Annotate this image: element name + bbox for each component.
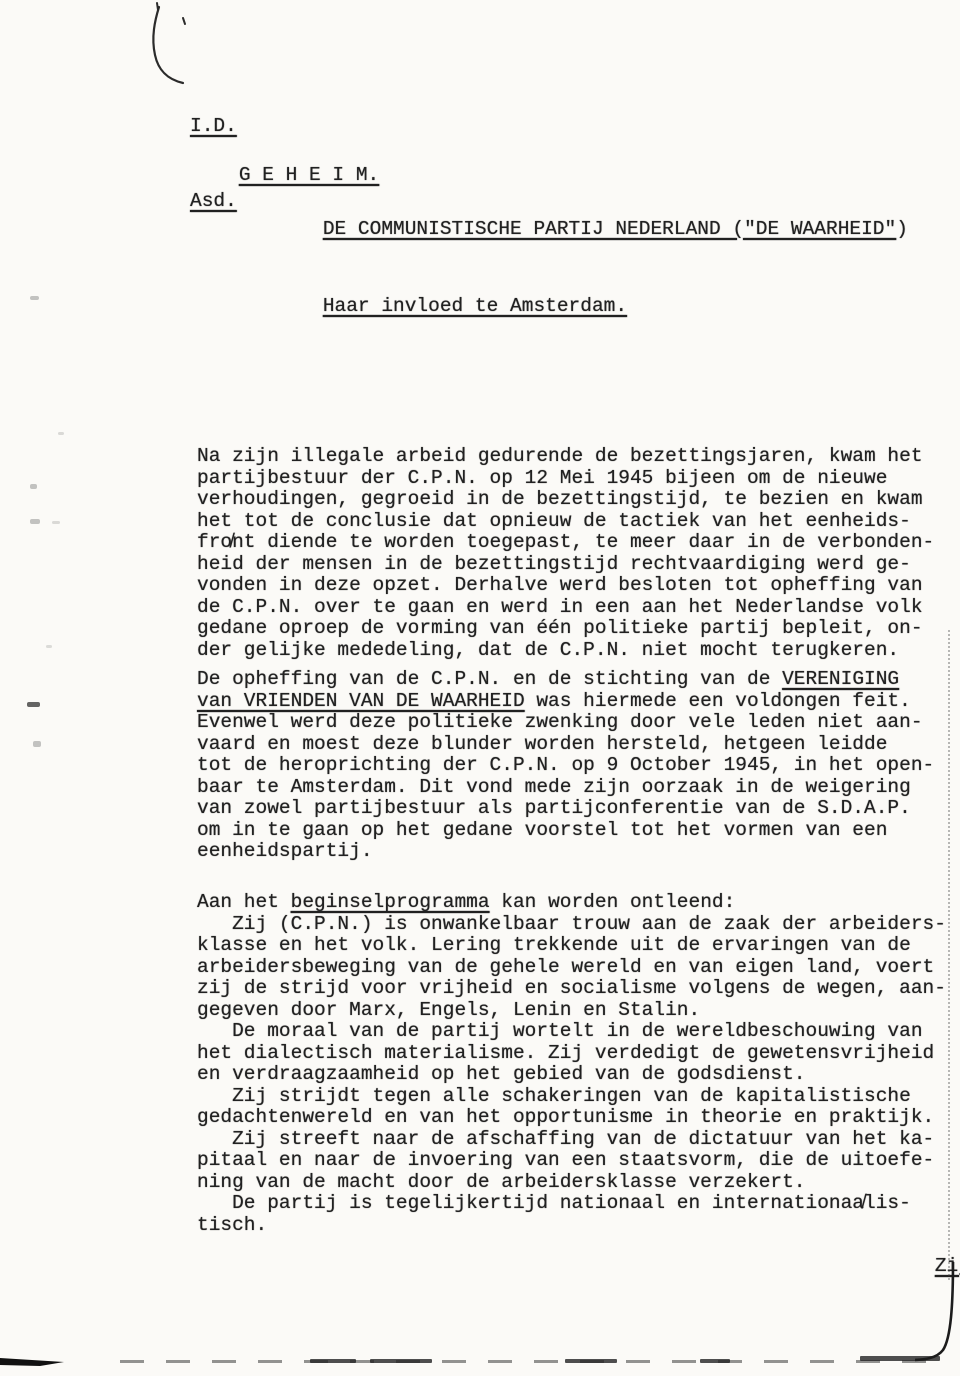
scan-speck bbox=[30, 296, 39, 300]
scan-speck bbox=[27, 702, 40, 707]
scan-corner-curve bbox=[915, 1262, 960, 1366]
text-line: Zij strijdt tegen alle schakeringen van … bbox=[197, 1086, 946, 1108]
scanned-document-page: I.D. Asd. G E H E I M. DE COMMUNISTISCHE… bbox=[0, 0, 960, 1376]
text-line: ning van de macht door de arbeidersklass… bbox=[197, 1172, 946, 1194]
text-line: gedachtenwereld en van het opportunisme … bbox=[197, 1107, 946, 1129]
scan-dash-segment bbox=[700, 1359, 730, 1363]
scan-bottom-dashed-line bbox=[120, 1360, 945, 1363]
text-line: tisch. bbox=[197, 1215, 946, 1237]
scan-corner-wedge bbox=[0, 1354, 80, 1368]
text-line: vaard en moest deze blunder worden herst… bbox=[197, 734, 934, 756]
text-line: heid der mensen in de bezettingstijd rec… bbox=[197, 554, 934, 576]
text-line: der gelijke mededeling, dat de C.P.N. ni… bbox=[197, 640, 934, 662]
text-line: gegeven door Marx, Engels, Lenin en Stal… bbox=[197, 1000, 946, 1022]
scan-speck bbox=[46, 645, 52, 648]
text-line: zij de strijd voor vrijheid en socialism… bbox=[197, 978, 946, 1000]
text-line: en verdraagzaamheid op het gebied van de… bbox=[197, 1064, 946, 1086]
text-line: het dialectisch materialisme. Zij verded… bbox=[197, 1043, 946, 1065]
text-line: de C.P.N. over te gaan en werd in een aa… bbox=[197, 597, 934, 619]
text-line: De moraal van de partij wortelt in de we… bbox=[197, 1021, 946, 1043]
text-line: Na zijn illegale arbeid gedurende de bez… bbox=[197, 446, 934, 468]
text-line: gedane oproep de vorming van één politie… bbox=[197, 618, 934, 640]
text-line: De partij is tegelijkertijd nationaal en… bbox=[197, 1193, 946, 1215]
text-line: Evenwel werd deze politieke zwenking doo… bbox=[197, 712, 934, 734]
document-title: DE COMMUNISTISCHE PARTIJ NEDERLAND ("DE … bbox=[276, 197, 908, 262]
scan-dash-segment bbox=[310, 1359, 356, 1363]
text-line: Aan het beginselprogramma kan worden ont… bbox=[197, 892, 946, 914]
scan-edge-dotted-line bbox=[948, 630, 950, 1280]
paragraph-founding-cpn: Na zijn illegale arbeid gedurende de bez… bbox=[197, 446, 934, 661]
text-line: van zowel partijbestuur als partijconfer… bbox=[197, 798, 934, 820]
dept-line-1: I.D. bbox=[190, 115, 237, 137]
text-line: arbeidersbeweging van de gehele wereld e… bbox=[197, 957, 946, 979]
text-line: partijbestuur der C.P.N. op 12 Mei 1945 … bbox=[197, 468, 934, 490]
text-line: vonden in deze opzet. Derhalve werd besl… bbox=[197, 575, 934, 597]
scan-speck bbox=[58, 432, 64, 435]
document-subtitle: Haar invloed te Amsterdam. bbox=[276, 274, 627, 339]
text-line: Zij streeft naar de afschaffing van de d… bbox=[197, 1129, 946, 1151]
paragraph-dissolution-refounding: De opheffing van de C.P.N. en de stichti… bbox=[197, 669, 934, 863]
text-line: tot de heroprichting der C.P.N. op 9 Oct… bbox=[197, 755, 934, 777]
scan-speck bbox=[30, 484, 37, 489]
text-line: baar te Amsterdam. Dit vond mede zijn oo… bbox=[197, 777, 934, 799]
text-line: om in te gaan op het gedane voorstel tot… bbox=[197, 820, 934, 842]
text-line: klasse en het volk. Lering trekkende uit… bbox=[197, 935, 946, 957]
scan-dash-segment bbox=[370, 1359, 432, 1363]
text-line: van VRIENDEN VAN DE WAARHEID was hiermed… bbox=[197, 691, 934, 713]
text-line: De opheffing van de C.P.N. en de stichti… bbox=[197, 669, 934, 691]
text-line: het tot de conclusie dat opnieuw de tact… bbox=[197, 511, 934, 533]
text-line: Zij (C.P.N.) is onwankelbaar trouw aan d… bbox=[197, 914, 946, 936]
scan-speck bbox=[52, 521, 60, 524]
text-line: verhoudingen, gegroeid in de bezettingst… bbox=[197, 489, 934, 511]
scan-speck bbox=[33, 741, 41, 747]
text-line: fro̸nt diende te worden toegepast, te me… bbox=[197, 532, 934, 554]
text-line: eenheidspartij. bbox=[197, 841, 934, 863]
scan-dash-segment bbox=[565, 1359, 617, 1363]
paragraph-principles-program: Aan het beginselprogramma kan worden ont… bbox=[197, 892, 946, 1236]
scan-speck bbox=[30, 519, 40, 524]
text-line: pitaal en naar de invoering van een staa… bbox=[197, 1150, 946, 1172]
